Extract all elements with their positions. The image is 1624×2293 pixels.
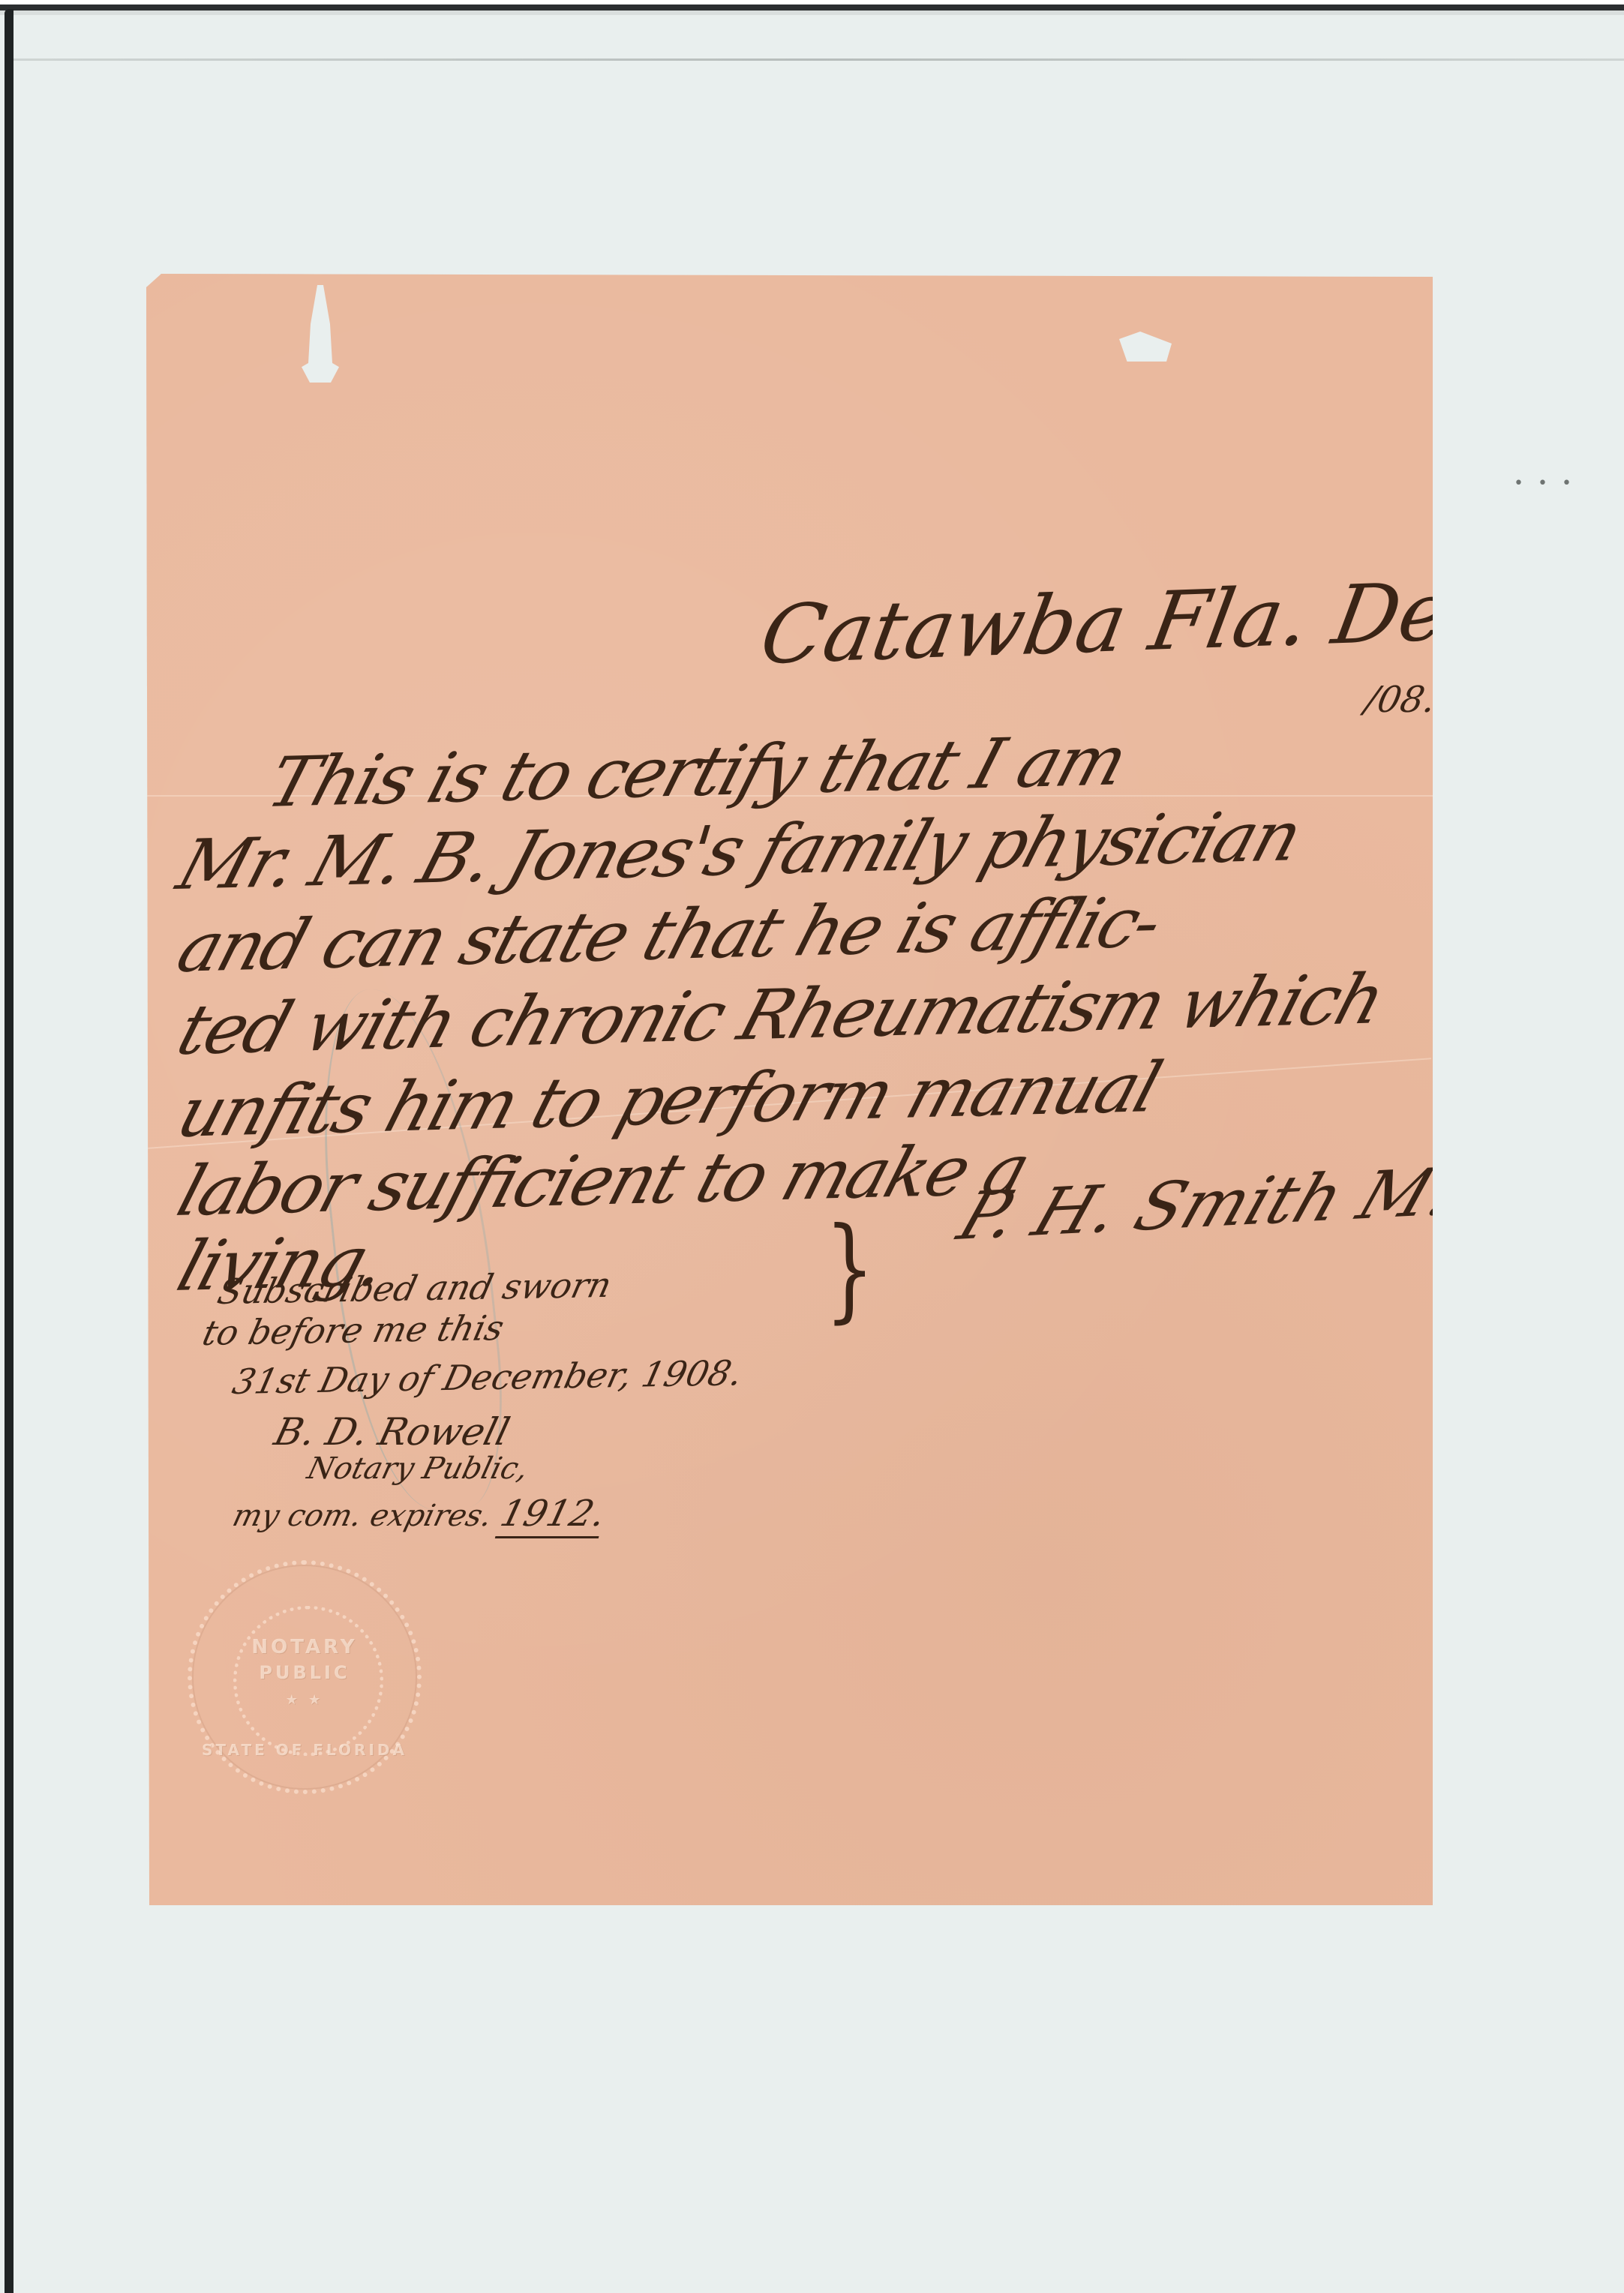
scan-dust-marks: • • • (1514, 474, 1576, 493)
scanner-top-edge (0, 0, 1624, 15)
jurat-line: to before me this (199, 1307, 508, 1353)
dateline-year: /08. (1361, 679, 1439, 721)
jurat-date-line: 31st Day of December, 1908. (229, 1352, 746, 1402)
commission-year: 1912. (495, 1493, 610, 1538)
jurat-line: Subscribed and sworn (214, 1265, 616, 1312)
punch-hole-left (302, 285, 339, 383)
notary-signature: B. D. Rowell (270, 1410, 514, 1454)
notary-embossed-seal: NOTARY PUBLIC ★ ★ STATE OF FLORIDA (188, 1560, 422, 1794)
seal-text-top: NOTARY (192, 1636, 417, 1658)
document-paper: Catawba Fla. Dec 31 /08. This is to cert… (146, 274, 1433, 1905)
dateline-place-date: Catawba Fla. Dec 31 (754, 559, 1624, 683)
notary-title: Notary Public, (304, 1451, 532, 1486)
commission-prefix: my com. expires. (229, 1499, 495, 1533)
notary-commission-expiry: my com. expires. 1912. (229, 1493, 610, 1535)
punch-hole-right (1119, 332, 1172, 362)
jurat-brace: } (824, 1204, 875, 1334)
seal-text-bottom: STATE OF FLORIDA (192, 1741, 417, 1759)
scanner-crease-line (14, 59, 1624, 61)
seal-star-icon: ★ ★ (192, 1692, 417, 1708)
scanner-left-edge (5, 9, 14, 2293)
seal-text-middle: PUBLIC (192, 1662, 417, 1683)
physician-signature: P. H. Smith M.D. (949, 1149, 1538, 1255)
